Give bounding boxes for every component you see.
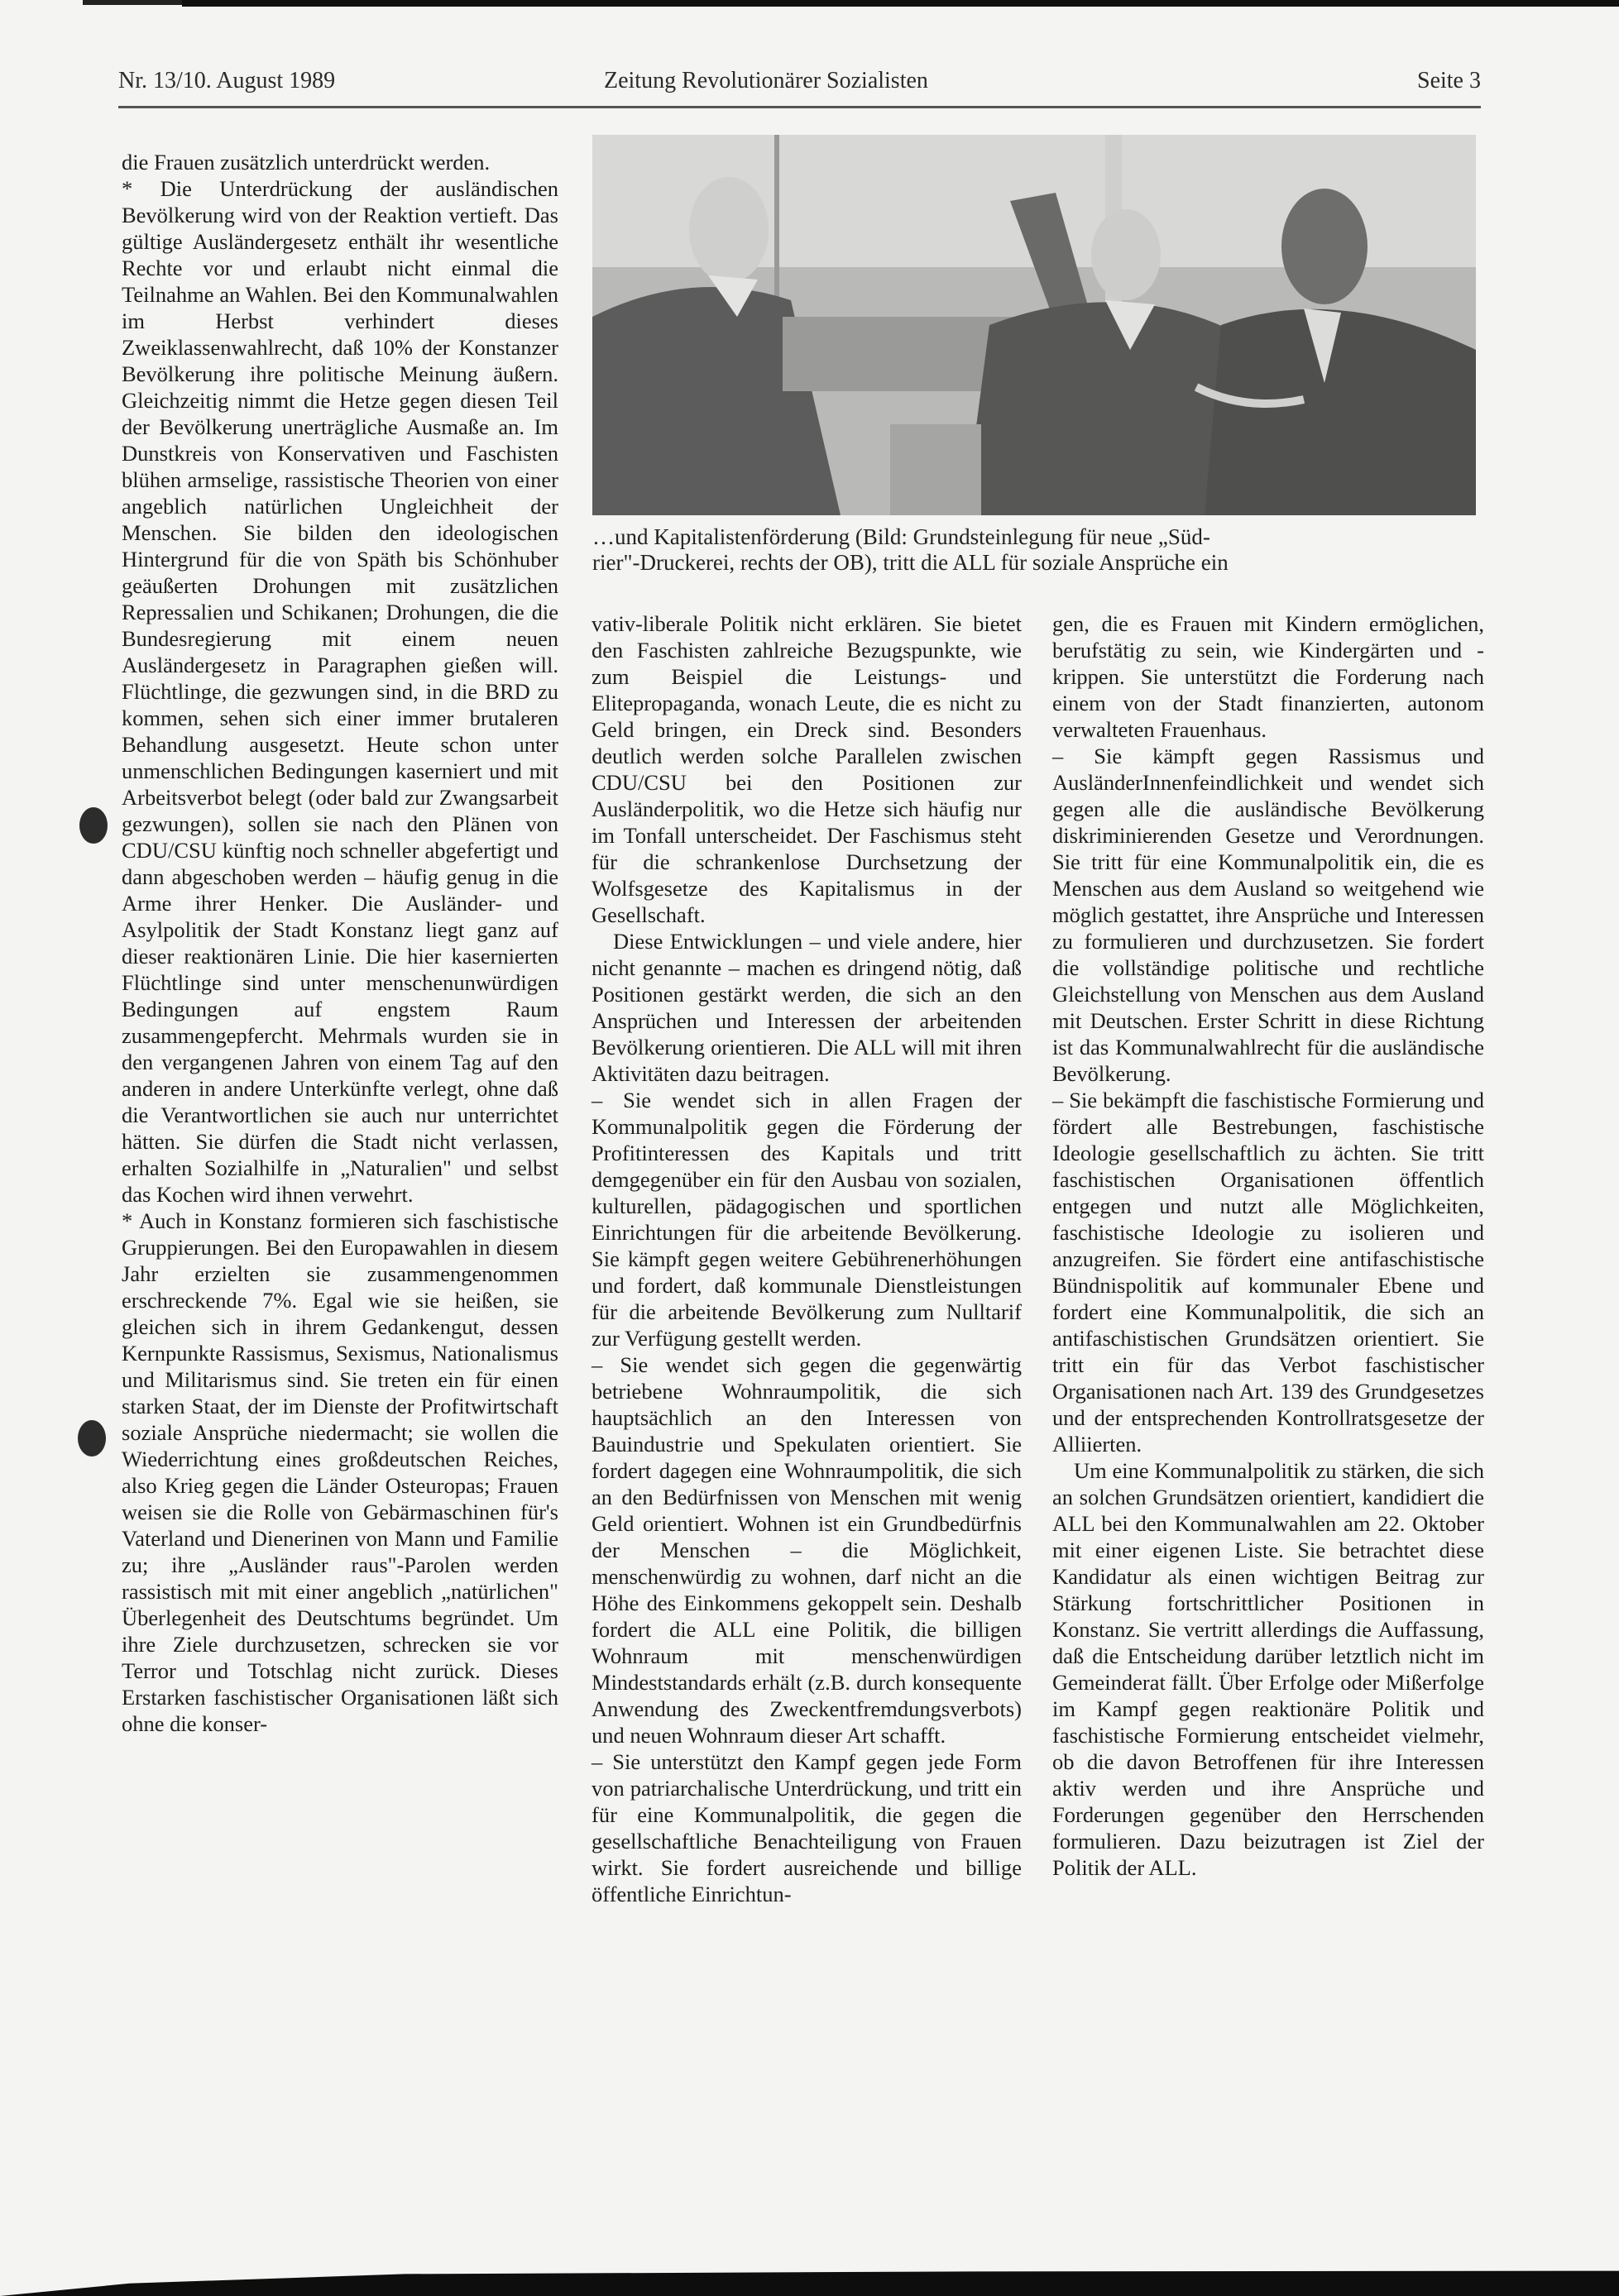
scan-artifact	[83, 0, 182, 5]
caption-line: rier"-Druckerei, rechts der OB), tritt d…	[592, 550, 1476, 576]
paragraph: Um eine Kommunalpolitik zu stärken, die …	[1052, 1457, 1484, 1881]
photo-caption: …und Kapitalistenförderung (Bild: Grunds…	[592, 524, 1476, 576]
paragraph: * Die Unterdrückung der ausländischen Be…	[122, 175, 558, 1208]
paragraph: Diese Entwicklungen – und viele andere, …	[592, 928, 1022, 1087]
paragraph: die Frauen zusätzlich unterdrückt werden…	[122, 149, 558, 175]
caption-line: …und Kapitalistenförderung (Bild: Grunds…	[592, 524, 1476, 550]
punch-hole	[79, 807, 108, 844]
photo-image	[592, 135, 1476, 515]
page-header: Nr. 13/10. August 1989 Zeitung Revolutio…	[118, 68, 1481, 104]
paragraph: – Sie unterstützt den Kampf gegen jede F…	[592, 1748, 1022, 1907]
paragraph: – Sie bekämpft die faschistische Formier…	[1052, 1087, 1484, 1457]
header-divider	[118, 106, 1481, 108]
paragraph: * Auch in Konstanz formieren sich faschi…	[122, 1208, 558, 1737]
paragraph: gen, die es Frauen mit Kindern ermöglich…	[1052, 610, 1484, 743]
publication-title: Zeitung Revolutionärer Sozialisten	[604, 68, 928, 94]
news-photo	[592, 135, 1476, 515]
article-column-2: vativ-liberale Politik nicht erklären. S…	[592, 610, 1022, 1907]
page-number: Seite 3	[1417, 68, 1481, 94]
paragraph: – Sie kämpft gegen Rassismus und Ausländ…	[1052, 743, 1484, 1087]
issue-date: Nr. 13/10. August 1989	[118, 68, 335, 94]
scan-artifact	[182, 0, 1619, 7]
scan-edge-bottom	[0, 2265, 1619, 2296]
paragraph: – Sie wendet sich gegen die gegenwärtig …	[592, 1351, 1022, 1748]
scan-edge-top	[0, 0, 1619, 8]
punch-hole	[78, 1420, 106, 1457]
paragraph: – Sie wendet sich in allen Fragen der Ko…	[592, 1087, 1022, 1351]
article-column-1: die Frauen zusätzlich unterdrückt werden…	[122, 149, 558, 1737]
article-column-3: gen, die es Frauen mit Kindern ermöglich…	[1052, 610, 1484, 1881]
paragraph: vativ-liberale Politik nicht erklären. S…	[592, 610, 1022, 928]
